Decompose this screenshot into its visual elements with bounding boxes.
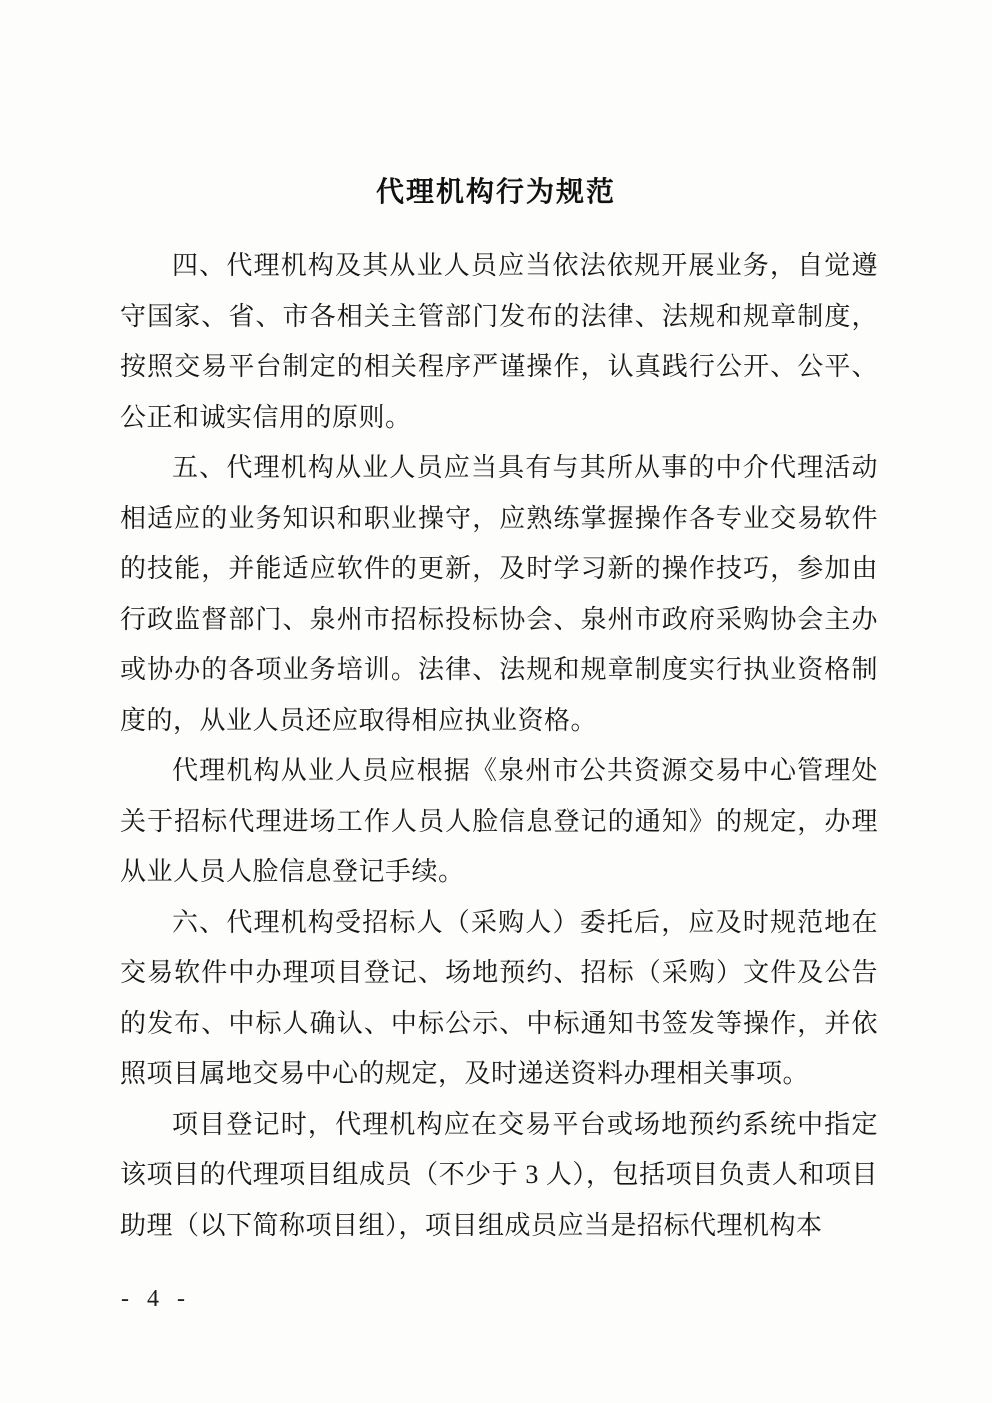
paragraph-5-personnel-qualification: 五、代理机构从业人员应当具有与其所从事的中介代理活动相适应的业务知识和职业操守，… bbox=[120, 443, 878, 746]
paragraph-4-agency-conduct: 四、代理机构及其从业人员应当依法依规开展业务，自觉遵守国家、省、市各相关主管部门… bbox=[120, 241, 878, 443]
document-body: 四、代理机构及其从业人员应当依法依规开展业务，自觉遵守国家、省、市各相关主管部门… bbox=[120, 241, 878, 1251]
paragraph-project-registration: 项目登记时，代理机构应在交易平台或场地预约系统中指定该项目的代理项目组成员（不少… bbox=[120, 1100, 878, 1252]
page-number: - 4 - bbox=[121, 1286, 191, 1313]
paragraph-6-entrusted-operations: 六、代理机构受招标人（采购人）委托后，应及时规范地在交易软件中办理项目登记、场地… bbox=[120, 898, 878, 1100]
document-title: 代理机构行为规范 bbox=[0, 170, 992, 210]
document-page: 代理机构行为规范 四、代理机构及其从业人员应当依法依规开展业务，自觉遵守国家、省… bbox=[0, 0, 992, 1403]
paragraph-face-registration: 代理机构从业人员应根据《泉州市公共资源交易中心管理处关于招标代理进场工作人员人脸… bbox=[120, 746, 878, 898]
